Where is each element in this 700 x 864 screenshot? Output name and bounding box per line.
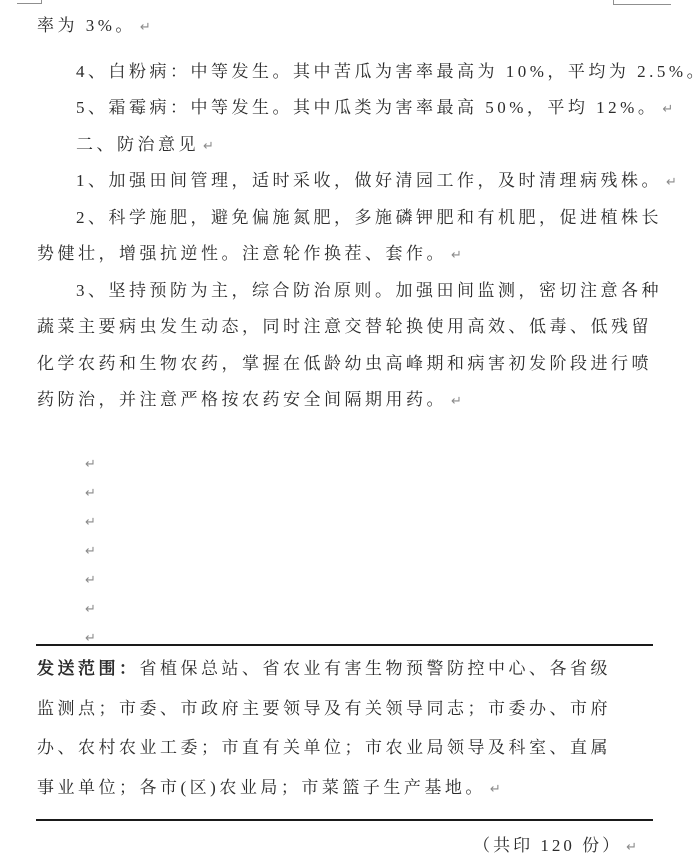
body-line-text: 2、科学施肥，避免偏施氮肥，多施磷钾肥和有机肥，促进植株长 — [76, 208, 662, 227]
empty-paragraphs: ↵↵↵↵↵↵↵ — [37, 449, 663, 652]
empty-paragraph-line: ↵ — [37, 594, 663, 623]
print-count-text: （共印 120 份） — [473, 836, 622, 855]
distribution-line-text: 省植保总站、省农业有害生物预警防控中心、各省级 — [140, 659, 612, 678]
body-line-text: 4、白粉病：中等发生。其中苦瓜为害率最高为 10%，平均为 2.5%。 — [76, 62, 700, 81]
distribution-bottom-rule — [36, 819, 653, 821]
distribution-line: 办、农村农业工委；市直有关单位；市农业局领导及科室、直属 — [37, 728, 663, 768]
body-line: 2、科学施肥，避免偏施氮肥，多施磷钾肥和有机肥，促进植株长 — [37, 200, 663, 237]
empty-paragraph-line: ↵ — [37, 478, 663, 507]
paragraph-mark-icon: ↵ — [203, 139, 214, 154]
body-line: 4、白粉病：中等发生。其中苦瓜为害率最高为 10%，平均为 2.5%。↵ — [37, 54, 663, 91]
paragraph-mark-icon: ↵ — [85, 486, 96, 501]
body-line-text: 二、防治意见 — [76, 135, 199, 154]
body-line: 化学农药和生物农药，掌握在低龄幼虫高峰期和病害初发阶段进行喷 — [37, 346, 663, 383]
text-boundary-mark-top-right — [613, 0, 671, 5]
body-line-text: 势健壮，增强抗逆性。注意轮作换茬、套作。 — [37, 244, 447, 263]
distribution-line: 发送范围：省植保总站、省农业有害生物预警防控中心、各省级 — [37, 649, 663, 689]
body-line-text: 率为 3%。 — [37, 16, 136, 35]
body-line: 蔬菜主要病虫发生动态，同时注意交替轮换使用高效、低毒、低残留 — [37, 309, 663, 346]
empty-paragraph-line: ↵ — [37, 449, 663, 478]
distribution-line: 事业单位；各市(区)农业局；市菜篮子生产基地。↵ — [37, 768, 663, 808]
body-line: 率为 3%。↵ — [37, 8, 663, 45]
body-line: 3、坚持预防为主，综合防治原则。加强田间监测，密切注意各种 — [37, 273, 663, 310]
paragraph-mark-icon: ↵ — [85, 457, 96, 472]
body-line-text: 1、加强田间管理，适时采收，做好清园工作，及时清理病残株。 — [76, 171, 662, 190]
document-page: 率为 3%。↵4、白粉病：中等发生。其中苦瓜为害率最高为 10%，平均为 2.5… — [0, 0, 700, 864]
body-line: 1、加强田间管理，适时采收，做好清园工作，及时清理病残株。↵ — [37, 163, 663, 200]
distribution-line: 监测点；市委、市政府主要领导及有关领导同志；市委办、市府 — [37, 689, 663, 729]
body-line-text: 5、霜霉病：中等发生。其中瓜类为害率最高 50%，平均 12%。 — [76, 98, 658, 117]
body-line-text: 药防治，并注意严格按农药安全间隔期用药。 — [37, 390, 447, 409]
paragraph-mark-icon: ↵ — [451, 394, 462, 409]
body-line: 势健壮，增强抗逆性。注意轮作换茬、套作。↵ — [37, 236, 663, 273]
body-line-text: 蔬菜主要病虫发生动态，同时注意交替轮换使用高效、低毒、低残留 — [37, 317, 652, 336]
paragraph-mark-icon: ↵ — [85, 515, 96, 530]
empty-paragraph-line: ↵ — [37, 623, 663, 652]
distribution-section: 发送范围：省植保总站、省农业有害生物预警防控中心、各省级监测点；市委、市政府主要… — [37, 649, 663, 807]
body-line-text: 3、坚持预防为主，综合防治原则。加强田间监测，密切注意各种 — [76, 281, 662, 300]
paragraph-mark-icon: ↵ — [666, 175, 677, 190]
paragraph-mark-icon: ↵ — [662, 102, 673, 117]
body-line: 药防治，并注意严格按农药安全间隔期用药。↵ — [37, 382, 663, 419]
paragraph-mark-icon: ↵ — [85, 544, 96, 559]
print-count-line: （共印 120 份）↵ — [473, 830, 637, 862]
empty-paragraph-line: ↵ — [37, 507, 663, 536]
paragraph-mark-icon: ↵ — [451, 248, 462, 263]
paragraph-mark-icon: ↵ — [85, 602, 96, 617]
paragraph-mark-icon: ↵ — [626, 840, 637, 855]
body-line-text: 化学农药和生物农药，掌握在低龄幼虫高峰期和病害初发阶段进行喷 — [37, 354, 652, 373]
text-boundary-mark-top-left — [17, 0, 42, 4]
body-line: 5、霜霉病：中等发生。其中瓜类为害率最高 50%，平均 12%。↵ — [37, 90, 663, 127]
distribution-line-text: 办、农村农业工委；市直有关单位；市农业局领导及科室、直属 — [37, 738, 611, 757]
distribution-top-rule — [36, 644, 653, 646]
empty-paragraph-line: ↵ — [37, 565, 663, 594]
empty-paragraph-line: ↵ — [37, 536, 663, 565]
document-body: 率为 3%。↵4、白粉病：中等发生。其中苦瓜为害率最高为 10%，平均为 2.5… — [0, 0, 700, 652]
distribution-line-text: 监测点；市委、市政府主要领导及有关领导同志；市委办、市府 — [37, 699, 611, 718]
distribution-line-text: 事业单位；各市(区)农业局；市菜篮子生产基地。 — [37, 778, 486, 797]
body-line: 二、防治意见↵ — [37, 127, 663, 164]
paragraph-mark-icon: ↵ — [85, 573, 96, 588]
distribution-label: 发送范围： — [37, 659, 140, 678]
paragraph-mark-icon: ↵ — [490, 782, 501, 797]
paragraph-mark-icon: ↵ — [140, 20, 151, 35]
